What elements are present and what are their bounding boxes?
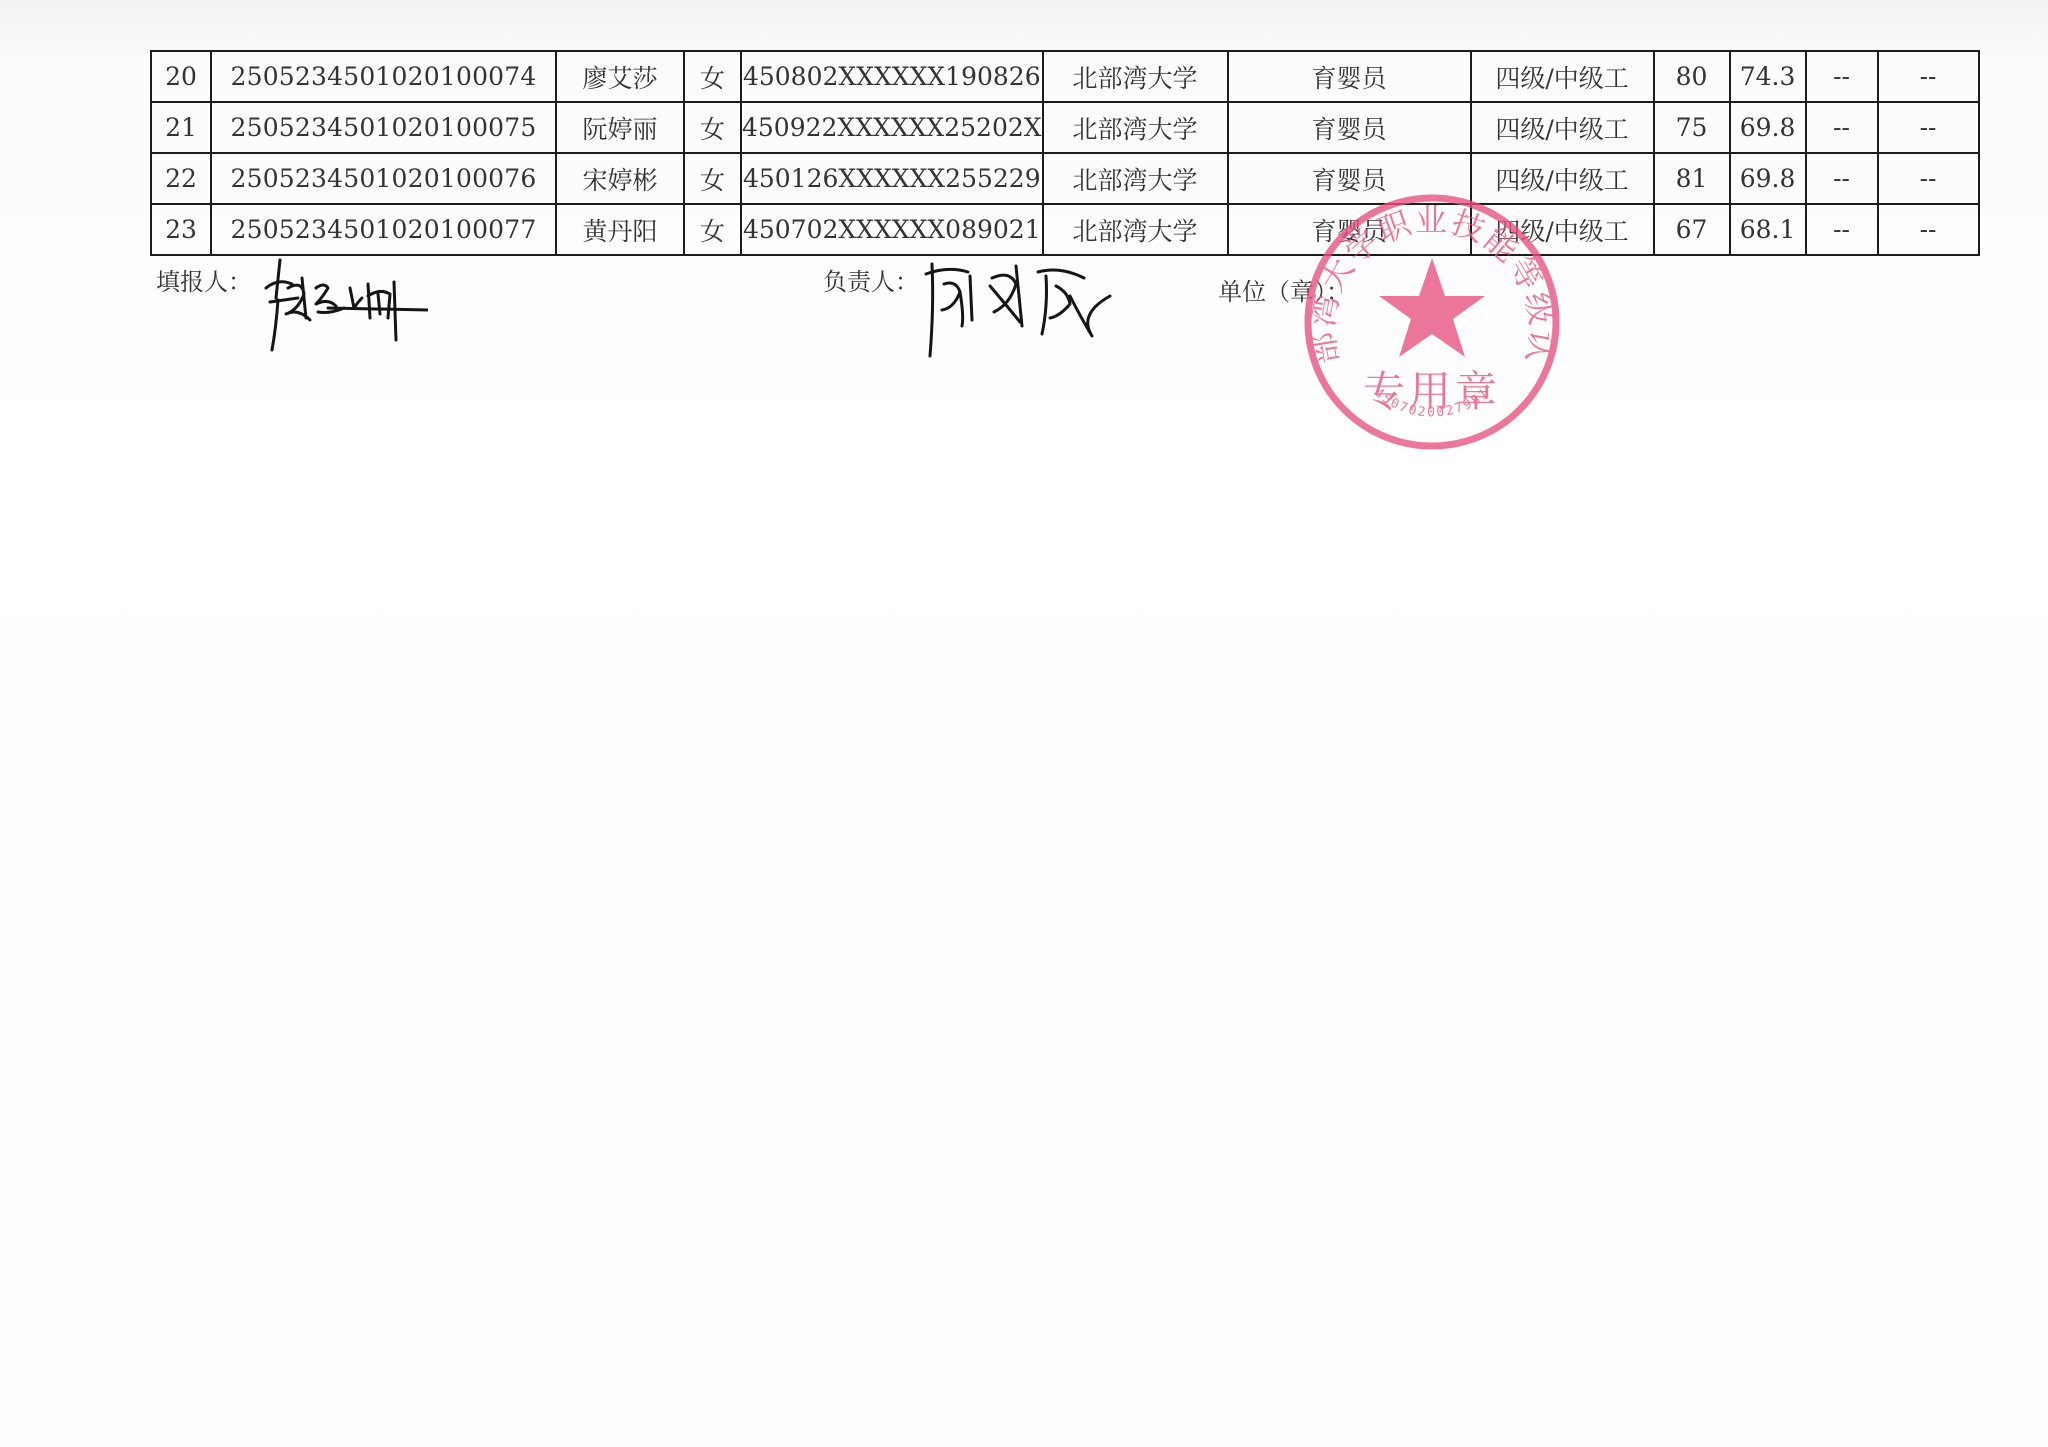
organization-cell: 北部湾大学 <box>1043 153 1228 204</box>
occupation-cell: 育婴员 <box>1228 102 1471 153</box>
name-cell: 阮婷丽 <box>556 102 684 153</box>
id-number-cell: 450702XXXXXX089021 <box>741 204 1043 255</box>
score4-cell: -- <box>1878 102 1979 153</box>
id-number-cell: 450922XXXXXX25202X <box>741 102 1043 153</box>
exam-id-cell: 2505234501020100077 <box>211 204 556 255</box>
gender-cell: 女 <box>684 51 741 102</box>
organization-cell: 北部湾大学 <box>1043 51 1228 102</box>
level-cell: 四级/中级工 <box>1471 51 1654 102</box>
theory-score-cell: 75 <box>1654 102 1730 153</box>
filler-label: 填报人： <box>156 262 252 297</box>
exam-id-cell: 2505234501020100075 <box>211 102 556 153</box>
gender-cell: 女 <box>684 102 741 153</box>
row-number-cell: 23 <box>151 204 211 255</box>
skill-score-cell: 74.3 <box>1730 51 1806 102</box>
occupation-cell: 育婴员 <box>1228 51 1471 102</box>
exam-id-cell: 2505234501020100074 <box>211 51 556 102</box>
score3-cell: -- <box>1806 204 1878 255</box>
row-number-cell: 20 <box>151 51 211 102</box>
table-row: 222505234501020100076宋婷彬女450126XXXXXX255… <box>151 153 1979 204</box>
theory-score-cell: 81 <box>1654 153 1730 204</box>
exam-id-cell: 2505234501020100076 <box>211 153 556 204</box>
score3-cell: -- <box>1806 102 1878 153</box>
level-cell: 四级/中级工 <box>1471 204 1654 255</box>
score4-cell: -- <box>1878 51 1979 102</box>
results-table: 202505234501020100074廖艾莎女450802XXXXXX190… <box>150 50 1980 256</box>
score3-cell: -- <box>1806 51 1878 102</box>
organization-cell: 北部湾大学 <box>1043 204 1228 255</box>
responsible-signature <box>920 256 1120 366</box>
id-number-cell: 450126XXXXXX255229 <box>741 153 1043 204</box>
table-row: 212505234501020100075阮婷丽女450922XXXXXX252… <box>151 102 1979 153</box>
gender-cell: 女 <box>684 204 741 255</box>
score4-cell: -- <box>1878 204 1979 255</box>
gender-cell: 女 <box>684 153 741 204</box>
theory-score-cell: 80 <box>1654 51 1730 102</box>
occupation-cell: 育婴员 <box>1228 204 1471 255</box>
skill-score-cell: 69.8 <box>1730 153 1806 204</box>
name-cell: 黄丹阳 <box>556 204 684 255</box>
score3-cell: -- <box>1806 153 1878 204</box>
level-cell: 四级/中级工 <box>1471 153 1654 204</box>
table-row: 232505234501020100077黄丹阳女450702XXXXXX089… <box>151 204 1979 255</box>
table-row: 202505234501020100074廖艾莎女450802XXXXXX190… <box>151 51 1979 102</box>
organization-cell: 北部湾大学 <box>1043 102 1228 153</box>
level-cell: 四级/中级工 <box>1471 102 1654 153</box>
theory-score-cell: 67 <box>1654 204 1730 255</box>
responsible-label: 负责人： <box>823 262 919 297</box>
name-cell: 廖艾莎 <box>556 51 684 102</box>
filler-signature <box>258 258 428 358</box>
results-table-body: 202505234501020100074廖艾莎女450802XXXXXX190… <box>151 51 1979 255</box>
row-number-cell: 22 <box>151 153 211 204</box>
row-number-cell: 21 <box>151 102 211 153</box>
skill-score-cell: 68.1 <box>1730 204 1806 255</box>
score4-cell: -- <box>1878 153 1979 204</box>
name-cell: 宋婷彬 <box>556 153 684 204</box>
id-number-cell: 450802XXXXXX190826 <box>741 51 1043 102</box>
skill-score-cell: 69.8 <box>1730 102 1806 153</box>
occupation-cell: 育婴员 <box>1228 153 1471 204</box>
unit-seal-label: 单位（章）： <box>1218 272 1350 307</box>
